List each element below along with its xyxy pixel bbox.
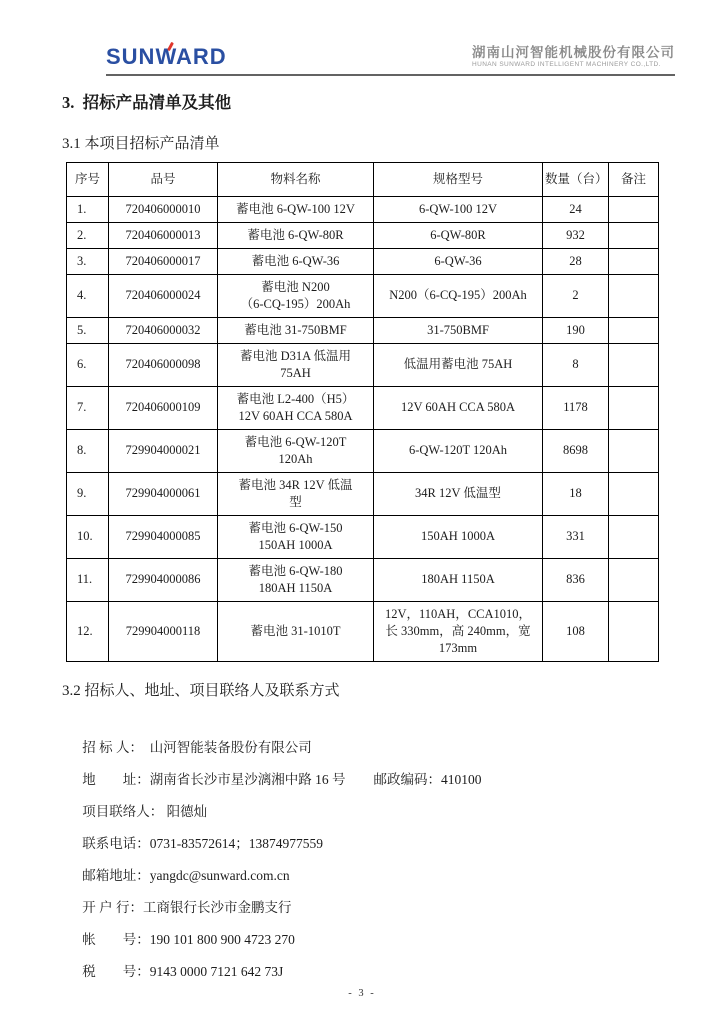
cell-spec: 180AH 1150A: [374, 558, 543, 601]
contact-line-tax-no: 税 号：9143 0000 7121 642 73J: [62, 944, 724, 976]
cell-seq: 12.: [67, 601, 109, 661]
cell-seq: 6.: [67, 343, 109, 386]
cell-qty: 108: [543, 601, 609, 661]
contact-line-account-no: 帐 号：190 101 800 900 4723 270: [62, 912, 724, 944]
cell-spec: 6-QW-80R: [374, 222, 543, 248]
cell-remark: [609, 515, 659, 558]
contact-value-postcode: 410100: [441, 772, 482, 787]
contact-line-bank: 开 户 行：工商银行长沙市金鹏支行: [62, 880, 724, 912]
contact-label: 地 址：: [82, 772, 150, 787]
cell-spec: 31-750BMF: [374, 317, 543, 343]
table-row: 10. 729904000085 蓄电池 6-QW-150 150AH 1000…: [67, 515, 659, 558]
cell-material-name: 蓄电池 6-QW-36: [218, 248, 374, 274]
cell-qty: 932: [543, 222, 609, 248]
cell-spec: 34R 12V 低温型: [374, 472, 543, 515]
cell-item-no: 729904000086: [109, 558, 218, 601]
company-name-chinese: 湖南山河智能机械股份有限公司: [472, 45, 675, 61]
contact-value: yangdc@sunward.com.cn: [150, 868, 290, 883]
cell-material-name: 蓄电池 6-QW-150 150AH 1000A: [218, 515, 374, 558]
cell-remark: [609, 274, 659, 317]
table-row: 3. 720406000017 蓄电池 6-QW-36 6-QW-36 28: [67, 248, 659, 274]
col-header-item-no: 品号: [109, 162, 218, 196]
cell-remark: [609, 317, 659, 343]
cell-remark: [609, 558, 659, 601]
cell-material-name: 蓄电池 6-QW-180 180AH 1150A: [218, 558, 374, 601]
cell-item-no: 720406000032: [109, 317, 218, 343]
table-row: 8. 729904000021 蓄电池 6-QW-120T 120Ah 6-QW…: [67, 429, 659, 472]
cell-remark: [609, 429, 659, 472]
cell-remark: [609, 222, 659, 248]
contact-label: 税 号：: [82, 964, 150, 979]
cell-remark: [609, 343, 659, 386]
contact-line-email: 邮箱地址：yangdc@sunward.com.cn: [62, 848, 724, 880]
cell-qty: 190: [543, 317, 609, 343]
contact-label: 项目联络人：: [82, 804, 166, 819]
table-row: 4. 720406000024 蓄电池 N200 （6-CQ-195）200Ah…: [67, 274, 659, 317]
table-row: 1. 720406000010 蓄电池 6-QW-100 12V 6-QW-10…: [67, 196, 659, 222]
table-row: 7. 720406000109 蓄电池 L2-400（H5） 12V 60AH …: [67, 386, 659, 429]
section-3-1-title: 3.1 本项目招标产品清单: [62, 132, 724, 153]
cell-item-no: 720406000024: [109, 274, 218, 317]
contact-value: 工商银行长沙市金鹏支行: [143, 900, 292, 915]
sunward-logo: SUNWARD: [106, 46, 227, 69]
cell-seq: 2.: [67, 222, 109, 248]
cell-spec: 低温用蓄电池 75AH: [374, 343, 543, 386]
cell-remark: [609, 386, 659, 429]
cell-material-name: 蓄电池 6-QW-100 12V: [218, 196, 374, 222]
contact-value: 0731-83572614；13874977559: [150, 836, 323, 851]
contact-line-liaison: 项目联络人： 阳德灿: [62, 784, 724, 816]
cell-material-name: 蓄电池 6-QW-80R: [218, 222, 374, 248]
cell-qty: 836: [543, 558, 609, 601]
table-header-row: 序号 品号 物料名称 规格型号 数量（台） 备注: [67, 162, 659, 196]
cell-spec: 12V，110AH，CCA1010， 长 330mm，高 240mm，宽 173…: [374, 601, 543, 661]
contact-label: 开 户 行：: [82, 900, 143, 915]
cell-seq: 3.: [67, 248, 109, 274]
contact-label: 招 标 人：: [82, 740, 150, 755]
contact-label: 联系电话：: [82, 836, 150, 851]
contact-line-bidder: 招 标 人： 山河智能装备股份有限公司: [62, 720, 724, 752]
cell-qty: 1178: [543, 386, 609, 429]
cell-qty: 8698: [543, 429, 609, 472]
cell-item-no: 729904000061: [109, 472, 218, 515]
cell-seq: 8.: [67, 429, 109, 472]
contact-label-postcode: 邮政编码：: [374, 772, 442, 787]
table-row: 2. 720406000013 蓄电池 6-QW-80R 6-QW-80R 93…: [67, 222, 659, 248]
cell-seq: 9.: [67, 472, 109, 515]
cell-seq: 7.: [67, 386, 109, 429]
cell-item-no: 729904000021: [109, 429, 218, 472]
cell-qty: 28: [543, 248, 609, 274]
contact-line-address: 地 址：湖南省长沙市星沙漓湘中路 16 号邮政编码：410100: [62, 752, 724, 784]
contact-label: 帐 号：: [82, 932, 150, 947]
table-row: 9. 729904000061 蓄电池 34R 12V 低温 型 34R 12V…: [67, 472, 659, 515]
cell-spec: 6-QW-36: [374, 248, 543, 274]
cell-spec: 6-QW-100 12V: [374, 196, 543, 222]
company-name-block: 湖南山河智能机械股份有限公司 HUNAN SUNWARD INTELLIGENT…: [472, 45, 675, 69]
col-header-spec-model: 规格型号: [374, 162, 543, 196]
cell-qty: 24: [543, 196, 609, 222]
cell-qty: 8: [543, 343, 609, 386]
cell-item-no: 729904000118: [109, 601, 218, 661]
table-row: 12. 729904000118 蓄电池 31-1010T 12V，110AH，…: [67, 601, 659, 661]
table-row: 6. 720406000098 蓄电池 D31A 低温用 75AH 低温用蓄电池…: [67, 343, 659, 386]
cell-material-name: 蓄电池 34R 12V 低温 型: [218, 472, 374, 515]
contact-value: 山河智能装备股份有限公司: [150, 740, 312, 755]
cell-material-name: 蓄电池 N200 （6-CQ-195）200Ah: [218, 274, 374, 317]
cell-item-no: 729904000085: [109, 515, 218, 558]
col-header-quantity: 数量（台）: [543, 162, 609, 196]
section-3-2-title: 3.2 招标人、地址、项目联络人及联系方式: [62, 679, 724, 700]
cell-item-no: 720406000013: [109, 222, 218, 248]
contact-line-phone: 联系电话：0731-83572614；13874977559: [62, 816, 724, 848]
cell-remark: [609, 601, 659, 661]
company-name-english: HUNAN SUNWARD INTELLIGENT MACHINERY CO.,…: [472, 61, 675, 69]
cell-spec: 6-QW-120T 120Ah: [374, 429, 543, 472]
cell-remark: [609, 196, 659, 222]
cell-seq: 11.: [67, 558, 109, 601]
cell-seq: 10.: [67, 515, 109, 558]
cell-material-name: 蓄电池 31-1010T: [218, 601, 374, 661]
cell-material-name: 蓄电池 6-QW-120T 120Ah: [218, 429, 374, 472]
contact-value: 9143 0000 7121 642 73J: [150, 964, 284, 979]
page-header: SUNWARD 湖南山河智能机械股份有限公司 HUNAN SUNWARD INT…: [106, 45, 675, 76]
cell-seq: 5.: [67, 317, 109, 343]
cell-item-no: 720406000109: [109, 386, 218, 429]
cell-seq: 1.: [67, 196, 109, 222]
cell-material-name: 蓄电池 D31A 低温用 75AH: [218, 343, 374, 386]
bid-product-table: 序号 品号 物料名称 规格型号 数量（台） 备注 1. 720406000010…: [66, 162, 659, 662]
cell-item-no: 720406000017: [109, 248, 218, 274]
cell-spec: 150AH 1000A: [374, 515, 543, 558]
cell-seq: 4.: [67, 274, 109, 317]
cell-material-name: 蓄电池 L2-400（H5） 12V 60AH CCA 580A: [218, 386, 374, 429]
document-page: SUNWARD 湖南山河智能机械股份有限公司 HUNAN SUNWARD INT…: [0, 0, 724, 1024]
contact-label: 邮箱地址：: [82, 868, 150, 883]
cell-item-no: 720406000010: [109, 196, 218, 222]
table-row: 11. 729904000086 蓄电池 6-QW-180 180AH 1150…: [67, 558, 659, 601]
contact-value: 阳德灿: [167, 804, 208, 819]
section-3-title: 3. 招标产品清单及其他: [62, 89, 724, 113]
table-row: 5. 720406000032 蓄电池 31-750BMF 31-750BMF …: [67, 317, 659, 343]
contact-value: 190 101 800 900 4723 270: [150, 932, 295, 947]
page-number: - 3 -: [0, 988, 724, 999]
cell-qty: 331: [543, 515, 609, 558]
cell-spec: 12V 60AH CCA 580A: [374, 386, 543, 429]
cell-remark: [609, 248, 659, 274]
col-header-material-name: 物料名称: [218, 162, 374, 196]
col-header-remark: 备注: [609, 162, 659, 196]
cell-material-name: 蓄电池 31-750BMF: [218, 317, 374, 343]
cell-spec: N200（6-CQ-195）200Ah: [374, 274, 543, 317]
cell-qty: 2: [543, 274, 609, 317]
contact-value: 湖南省长沙市星沙漓湘中路 16 号: [150, 772, 346, 787]
cell-qty: 18: [543, 472, 609, 515]
contact-info-block: 招 标 人： 山河智能装备股份有限公司 地 址：湖南省长沙市星沙漓湘中路 16 …: [62, 720, 724, 976]
cell-item-no: 720406000098: [109, 343, 218, 386]
cell-remark: [609, 472, 659, 515]
col-header-seq: 序号: [67, 162, 109, 196]
